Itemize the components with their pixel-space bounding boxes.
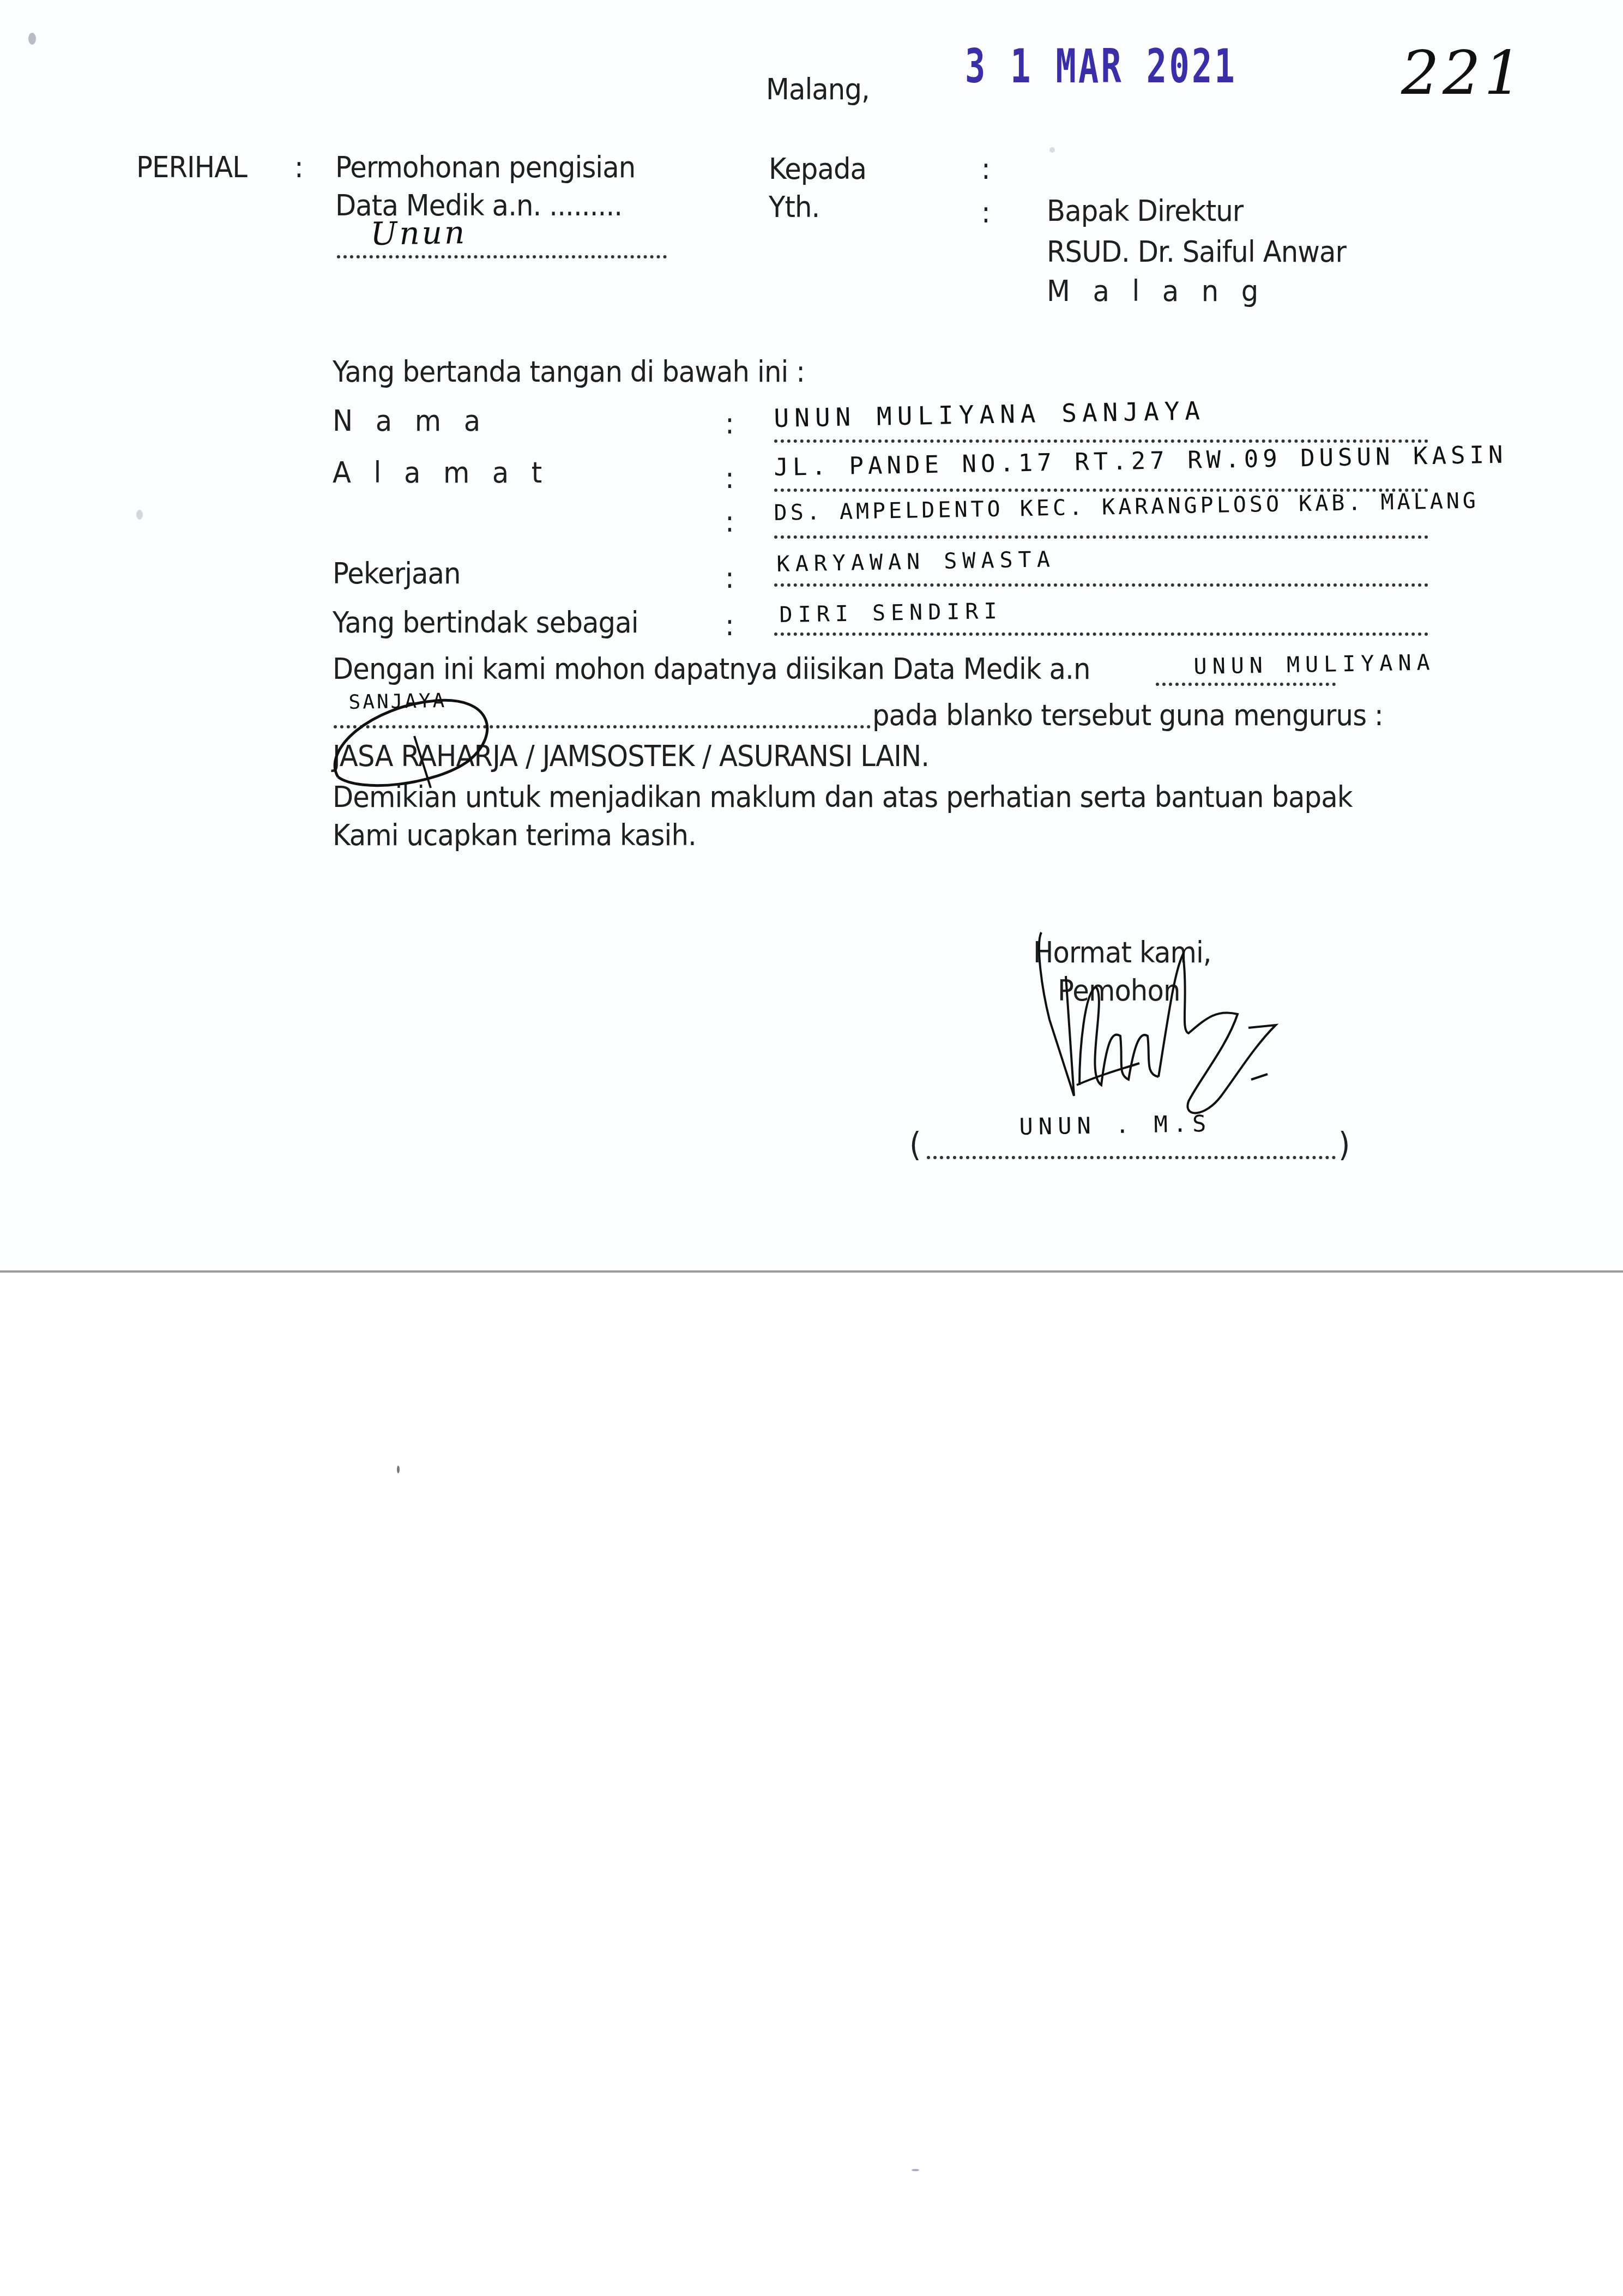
signer-name: UNUN . M.S (1019, 1110, 1212, 1140)
kepada-label: Kepada (769, 152, 866, 186)
field-label-pekerjaan: Pekerjaan (333, 556, 461, 590)
field-colon: : (725, 608, 734, 642)
scan-speck (28, 33, 36, 45)
closing-line-1: Demikian untuk menjadikan maklum dan ata… (333, 780, 1353, 814)
recipient-city: M a l a n g (1047, 274, 1265, 308)
field-value-alamat-1: JL. PANDE NO.17 RT.27 RW.09 DUSUN KASIN (774, 441, 1507, 481)
field-line-nama (774, 439, 1428, 443)
field-label-bertindak: Yang bertindak sebagai (333, 605, 638, 640)
request-text: Dengan ini kami mohon dapatnya diisikan … (333, 652, 1090, 686)
scan-speck (912, 2169, 919, 2171)
request-suffix: pada blanko tersebut guna mengurus : (872, 698, 1383, 732)
signature-paren-close: ) (1338, 1126, 1350, 1164)
field-colon: : (725, 461, 734, 495)
closing-line-2: Kami ucapkan terima kasih. (333, 818, 696, 852)
recipient-line1: Bapak Direktur (1047, 194, 1243, 228)
field-value-nama: UNUN MULIYANA SANJAYA (774, 396, 1205, 433)
field-value-pekerjaan: KARYAWAN SWASTA (776, 547, 1055, 577)
request-name-line-1 (1156, 683, 1336, 686)
perihal-handwritten-name: Unun (370, 214, 467, 252)
date-stamp: 3 1 MAR 2021 (965, 39, 1237, 94)
field-label-alamat: A l a m a t (333, 455, 549, 490)
perihal-colon: : (294, 150, 303, 184)
field-line-alamat-2 (774, 535, 1428, 539)
yth-label: Yth. (769, 190, 819, 224)
yth-colon: : (981, 195, 990, 230)
request-name-part1: UNUN MULIYANA (1193, 650, 1435, 679)
field-label-nama: N a m a (333, 403, 487, 438)
kepada-colon: : (981, 152, 990, 186)
field-colon: : (725, 406, 734, 441)
scan-speck (1049, 147, 1055, 153)
field-line-pekerjaan (774, 583, 1428, 587)
perihal-name-line (337, 255, 667, 258)
signature-paren-open: ( (909, 1126, 921, 1164)
scan-speck (397, 1466, 400, 1473)
form-sheet: Malang, 3 1 MAR 2021 221 PERIHAL : Permo… (0, 0, 1623, 1273)
scan-speck (136, 510, 143, 520)
signer-name-line (927, 1156, 1336, 1159)
recipient-line2: RSUD. Dr. Saiful Anwar (1047, 234, 1346, 269)
place-label: Malang, (766, 72, 870, 106)
field-value-alamat-2: DS. AMPELDENTO KEC. KARANGPLOSO KAB. MAL… (774, 488, 1479, 526)
perihal-label: PERIHAL (136, 150, 247, 184)
perihal-line1: Permohonan pengisian (335, 150, 635, 184)
document-number: 221 (1401, 38, 1525, 108)
field-colon: : (725, 561, 734, 595)
field-colon: : (725, 504, 734, 539)
field-line-bertindak (774, 632, 1428, 636)
field-value-bertindak: DIRI SENDIRI (779, 599, 1003, 628)
intro-text: Yang bertanda tangan di bawah ini : (333, 354, 805, 389)
circle-mark-jasa-raharja (327, 684, 556, 788)
